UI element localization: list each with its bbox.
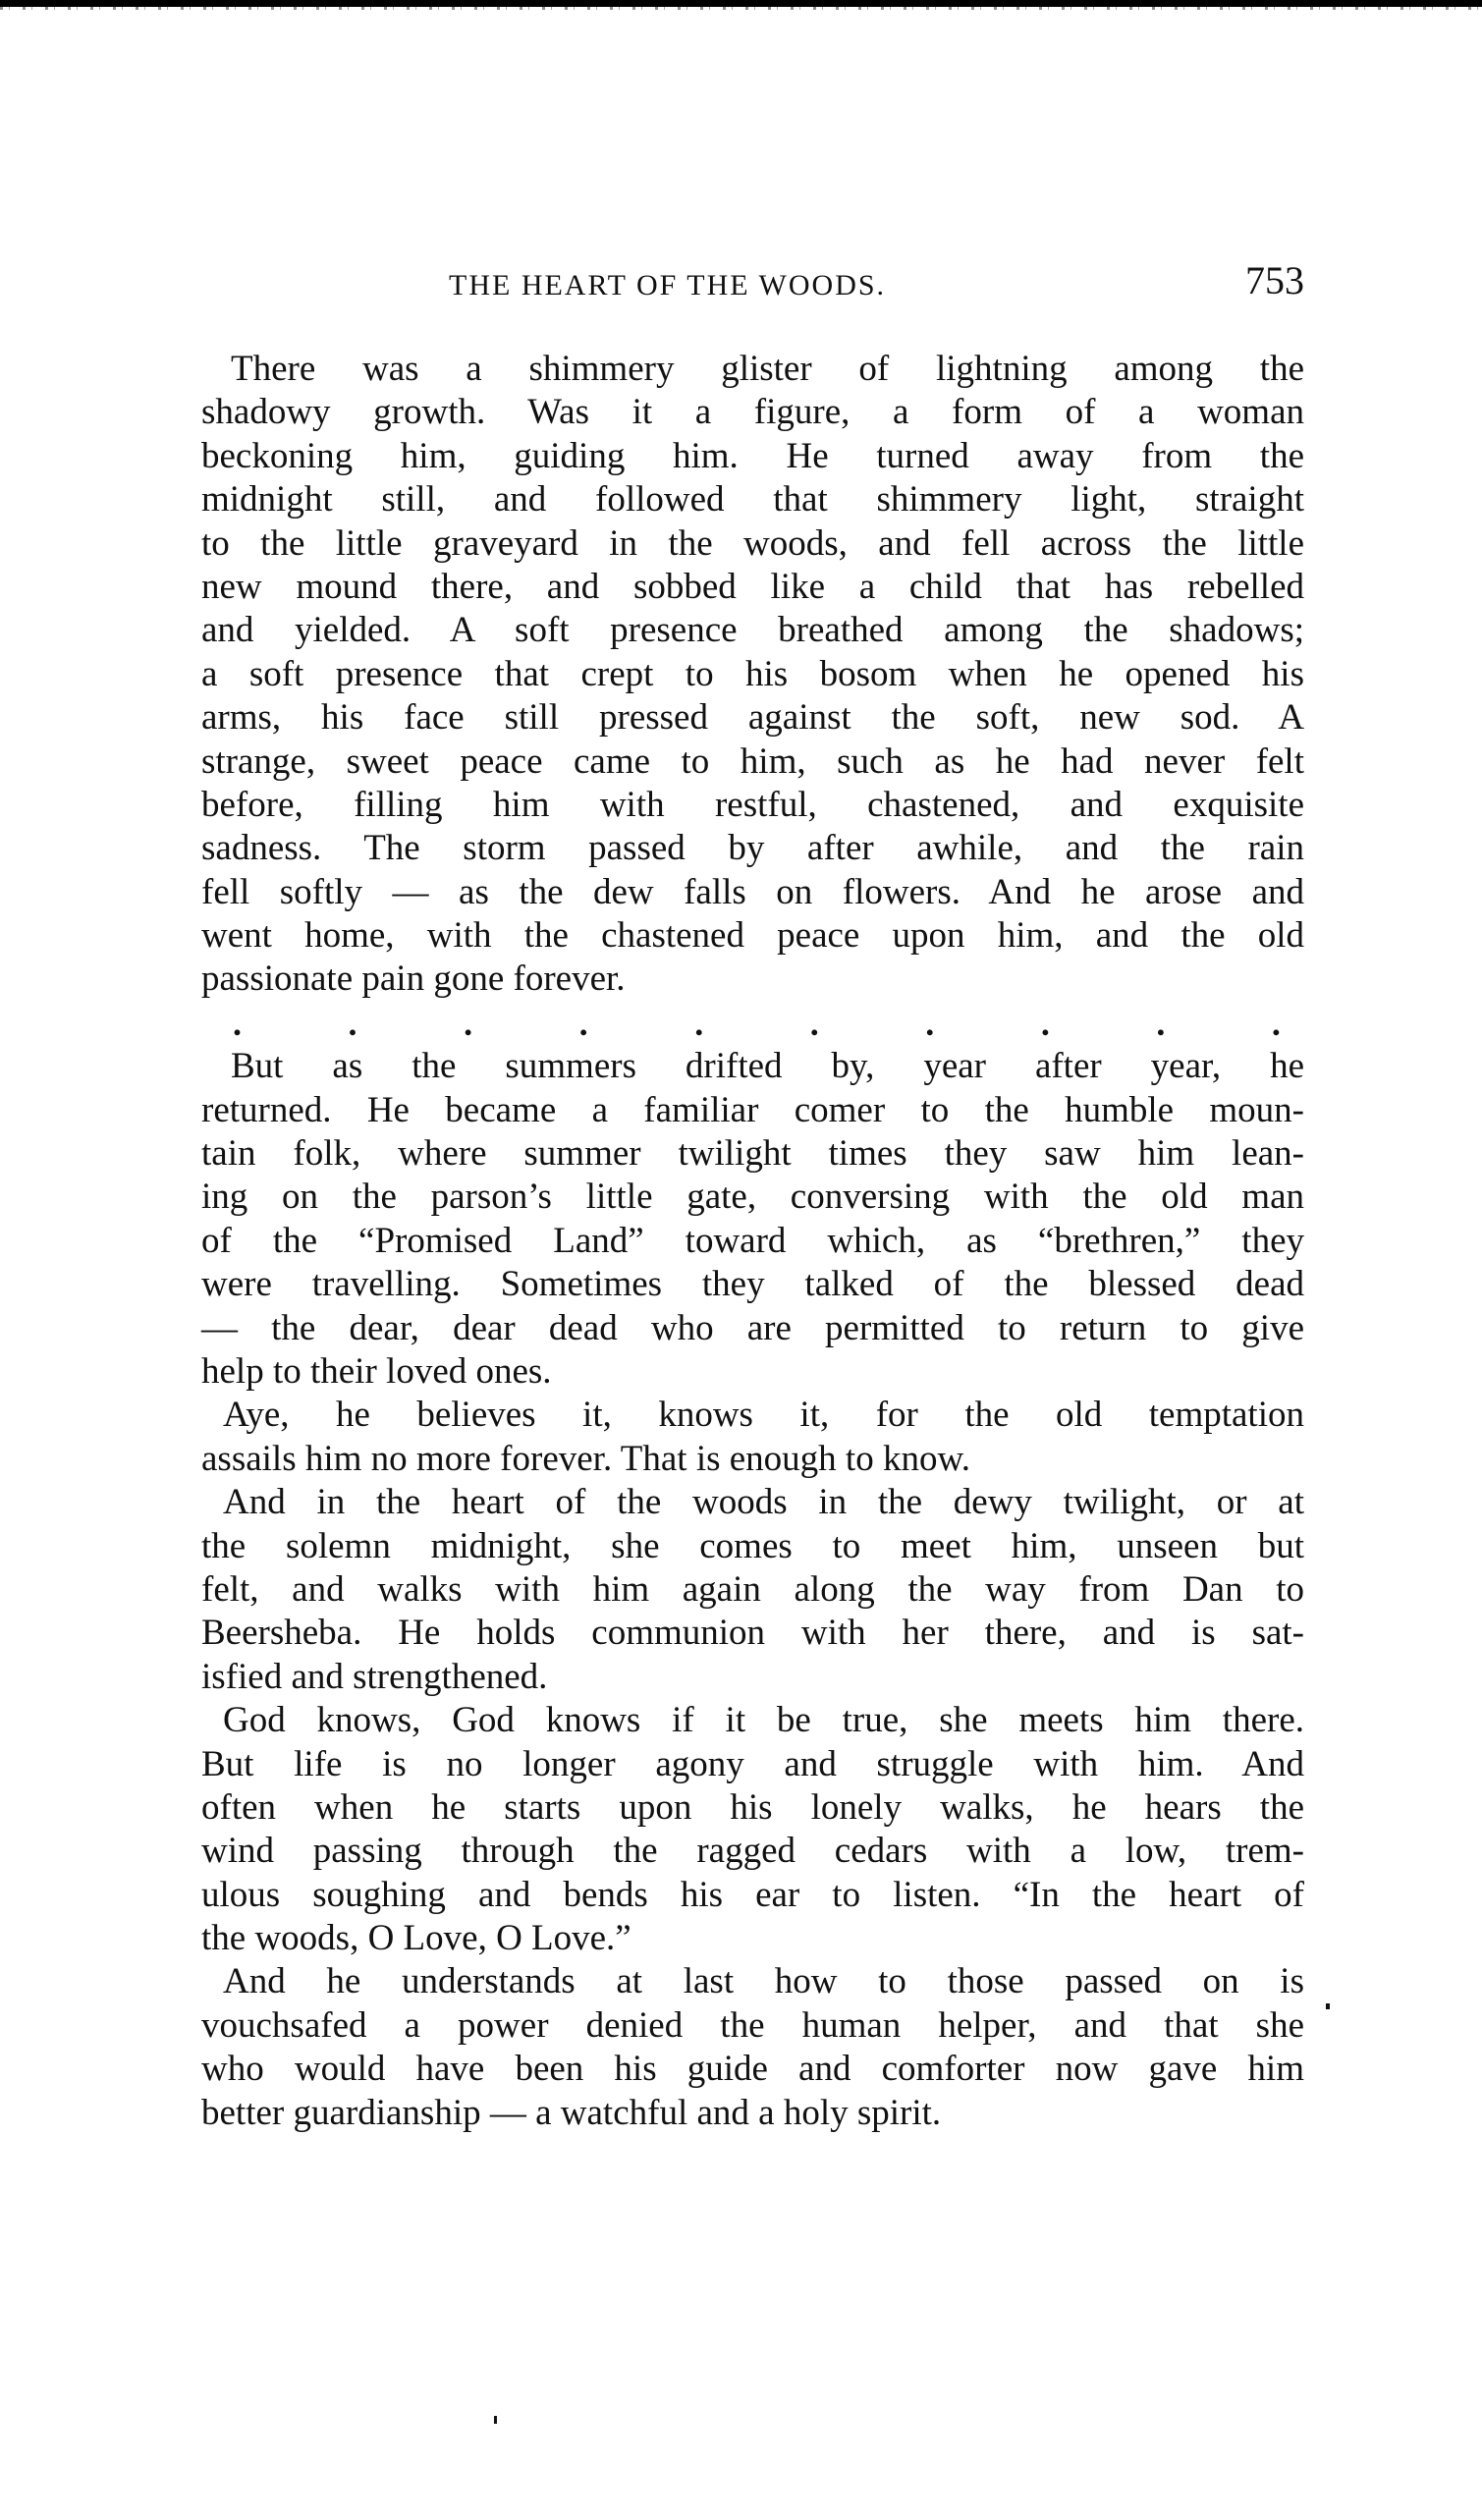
text-line: ing on the parson’s little gate, convers… (201, 1176, 1304, 1219)
paragraph-5: God knows, God knows if it be true, she … (201, 1699, 1304, 1960)
text-line: arms, his face still pressed against the… (201, 696, 1304, 740)
text-line: — the dear, dear dead who are permitted … (201, 1307, 1304, 1350)
text-line: But life is no longer agony and struggle… (201, 1743, 1304, 1786)
text-line: But as the summers drifted by, year afte… (201, 1045, 1304, 1088)
text-line: better guardianship — a watchful and a h… (201, 2092, 1304, 2135)
text-line: felt, and walks with him again along the… (201, 1568, 1304, 1612)
paragraph-1: There was a shimmery glister of lightnin… (201, 348, 1304, 1002)
text-line: wind passing through the ragged cedars w… (201, 1830, 1304, 1873)
separator-dot: . (579, 1003, 588, 1044)
text-line: beckoning him, guiding him. He turned aw… (201, 435, 1304, 478)
separator-dot: . (1041, 1003, 1050, 1044)
paragraph-2: But as the summers drifted by, year afte… (201, 1045, 1304, 1394)
separator-dot: . (349, 1003, 357, 1044)
text-line: Beersheba. He holds communion with her t… (201, 1612, 1304, 1655)
scan-top-edge (0, 0, 1482, 7)
separator-dot: . (694, 1003, 703, 1044)
text-line: And in the heart of the woods in the dew… (201, 1481, 1304, 1524)
text-line: shadowy growth. Was it a figure, a form … (201, 391, 1304, 434)
text-line: midnight still, and followed that shimme… (201, 478, 1304, 521)
paragraph-3: Aye, he believes it, knows it, for the o… (201, 1394, 1304, 1481)
text-line: sadness. The storm passed by after awhil… (201, 827, 1304, 870)
text-line: went home, with the chastened peace upon… (201, 914, 1304, 958)
text-line: the solemn midnight, she comes to meet h… (201, 1525, 1304, 1568)
page-body: There was a shimmery glister of lightnin… (201, 348, 1304, 2135)
paragraph-4: And in the heart of the woods in the dew… (201, 1481, 1304, 1699)
text-line: passionate pain gone forever. (201, 958, 1304, 1001)
text-line: assails him no more forever. That is eno… (201, 1438, 1304, 1481)
scan-speck (494, 2416, 497, 2424)
text-line: fell softly — as the dew falls on flower… (201, 871, 1304, 914)
text-line: God knows, God knows if it be true, she … (201, 1699, 1304, 1742)
paragraph-6: And he understands at last how to those … (201, 1960, 1304, 2135)
text-line: the woods, O Love, O Love.” (201, 1917, 1304, 1960)
text-line: before, filling him with restful, chaste… (201, 784, 1304, 827)
text-line: isfied and strengthened. (201, 1656, 1304, 1699)
text-line: vouchsafed a power denied the human help… (201, 2004, 1304, 2048)
text-line: returned. He became a familiar comer to … (201, 1089, 1304, 1132)
scan-speck (1326, 2003, 1330, 2009)
text-line: strange, sweet peace came to him, such a… (201, 740, 1304, 784)
running-head: THE HEART OF THE WOODS. 753 (201, 249, 1304, 308)
text-line: new mound there, and sobbed like a child… (201, 566, 1304, 609)
running-title: THE HEART OF THE WOODS. (449, 269, 886, 302)
separator-dot: . (925, 1003, 934, 1044)
separator-dot: . (464, 1003, 472, 1044)
page-number: 753 (1245, 257, 1304, 303)
text-line: And he understands at last how to those … (201, 1960, 1304, 2003)
text-line: Aye, he believes it, knows it, for the o… (201, 1394, 1304, 1437)
text-line: often when he starts upon his lonely wal… (201, 1786, 1304, 1830)
separator-dot: . (810, 1003, 819, 1044)
text-line: who would have been his guide and comfor… (201, 2048, 1304, 2091)
text-line: help to their loved ones. (201, 1350, 1304, 1394)
text-line: and yielded. A soft presence breathed am… (201, 609, 1304, 652)
section-break-dots: . . . . . . . . . . (201, 1002, 1304, 1045)
separator-dot: . (233, 1003, 242, 1044)
text-line: to the little graveyard in the woods, an… (201, 522, 1304, 566)
text-line: of the “Promised Land” toward which, as … (201, 1220, 1304, 1263)
scan-edge-fray (0, 7, 1482, 10)
separator-dot: . (1272, 1003, 1281, 1044)
text-line: There was a shimmery glister of lightnin… (201, 348, 1304, 391)
text-line: ulous soughing and bends his ear to list… (201, 1874, 1304, 1917)
separator-dot: . (1156, 1003, 1165, 1044)
text-line: tain folk, where summer twilight times t… (201, 1132, 1304, 1176)
text-line: were travelling. Sometimes they talked o… (201, 1263, 1304, 1306)
text-line: a soft presence that crept to his bosom … (201, 653, 1304, 696)
